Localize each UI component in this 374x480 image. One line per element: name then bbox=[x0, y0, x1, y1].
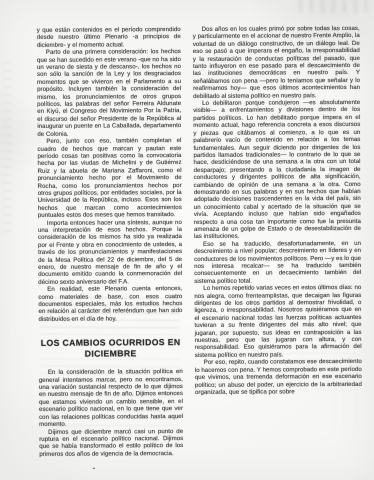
scan-content: y que están contenidos en el período com… bbox=[0, 0, 374, 480]
paragraph: Lo debilitaron porque condujeron —es abs… bbox=[193, 99, 361, 241]
page-number-mark: - bbox=[92, 463, 95, 473]
paragraph: Eso se ha traducido, desafortunadamente,… bbox=[194, 240, 361, 285]
paragraph: Parto de una primera consideración: los … bbox=[37, 48, 182, 138]
paragraph: Pero, junto con eso, también completan e… bbox=[37, 137, 181, 219]
section-heading: LOS CAMBIOS OCURRIDOS EN DICIEMBRE bbox=[41, 337, 181, 360]
paragraph: Dos años en los cuales primó por sobre t… bbox=[193, 25, 360, 100]
paragraph: En realidad, este Plenario cuenta entonc… bbox=[38, 285, 182, 323]
paragraph: Dijimos que diciembre marcó casi un punt… bbox=[39, 428, 183, 459]
paragraph: Por eso, repito, cuando constatamos ese … bbox=[195, 358, 362, 396]
paragraph: Lo hemos repetido varias veces en estos … bbox=[194, 284, 361, 359]
right-text-column: Dos años en los cuales primó por sobre t… bbox=[193, 25, 362, 396]
scanned-document-page: y que están contenidos en el período com… bbox=[0, 0, 374, 480]
paragraph: En la consideración de la situación polí… bbox=[39, 368, 183, 428]
paragraph: y que están contenidos en el período com… bbox=[37, 26, 181, 49]
paragraph: Importa entonces hacer una síntesis, aun… bbox=[38, 219, 182, 287]
left-text-column: y que están contenidos en el período com… bbox=[37, 26, 184, 458]
